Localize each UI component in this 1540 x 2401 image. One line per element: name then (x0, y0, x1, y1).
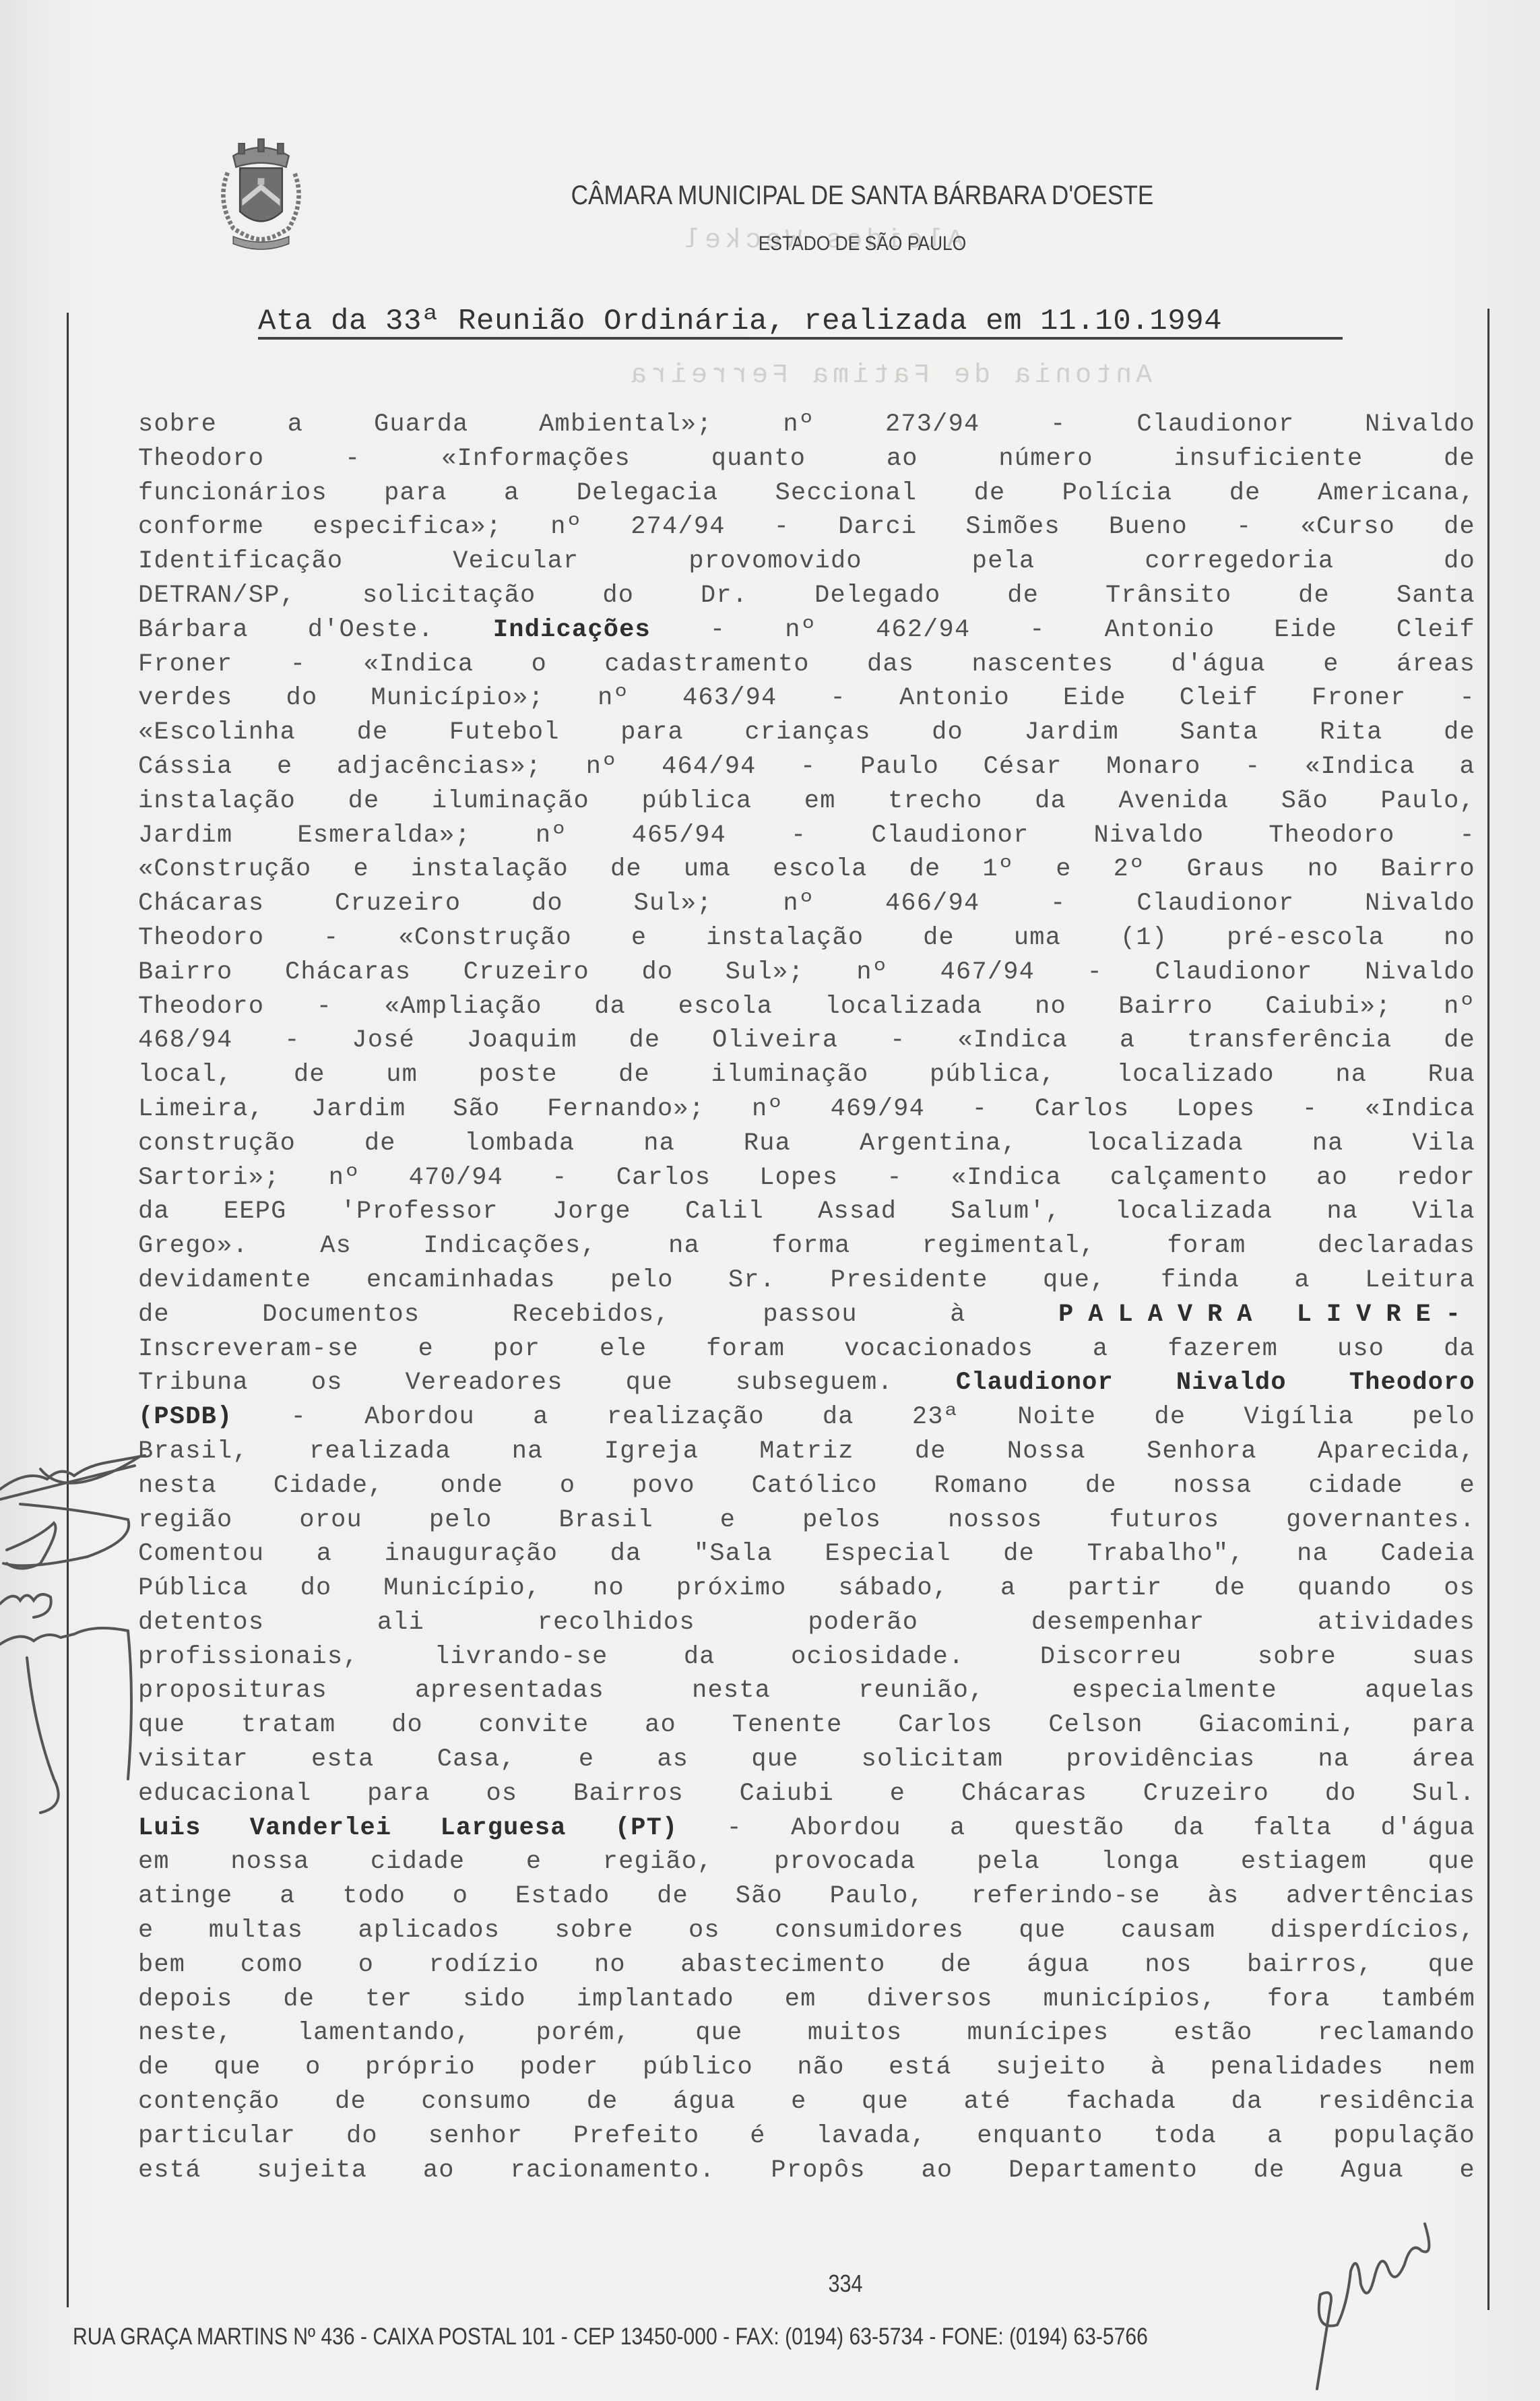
word: Carlos (1035, 1092, 1129, 1127)
word: Joaquim (467, 1024, 577, 1058)
text-line: deDocumentosRecebidos,passouàPALAVRA LIV… (138, 1298, 1475, 1332)
word: povo (632, 1469, 695, 1503)
word: água (673, 2085, 736, 2119)
word: Lopes (759, 1161, 838, 1195)
word: «Escolinha (138, 716, 296, 750)
word: São (736, 1879, 783, 1914)
word: Chácaras (138, 887, 264, 921)
text-line: Inscreveram-seeporeleforamvocacionadosaf… (138, 1332, 1475, 1367)
word: Brasil (558, 1503, 653, 1538)
bold-word: Theodoro (1349, 1366, 1475, 1400)
word: rodízio (429, 1948, 540, 1983)
word: munícipes (967, 2016, 1110, 2051)
word: e (1460, 1469, 1475, 1503)
word: de (138, 2051, 170, 2085)
word: pelo (429, 1503, 492, 1538)
word: EEPG (224, 1195, 287, 1229)
word: nº (536, 819, 567, 853)
word: pública (641, 784, 752, 819)
word: nº (752, 1092, 783, 1127)
word: Guarda (374, 408, 468, 442)
word: Prefeito (573, 2119, 699, 2154)
word: 464/94 (662, 750, 756, 784)
word: Sul»; (634, 887, 713, 921)
word: ali (377, 1606, 424, 1640)
word: Seccional (775, 476, 918, 511)
word: questão (1015, 1811, 1125, 1846)
text-line: detentosalirecolhidospoderãodesempenhara… (138, 1606, 1475, 1640)
text-line: sobreaGuardaAmbiental»;nº273/94-Claudion… (138, 408, 1475, 442)
word: no (593, 1571, 624, 1606)
word: As (320, 1229, 352, 1264)
word: Abordou (791, 1811, 901, 1846)
word: de (915, 1435, 947, 1469)
footer-address: RUA GRAÇA MARTINS Nº 436 - CAIXA POSTAL … (73, 2324, 1307, 2350)
word: e (631, 921, 647, 956)
word: sobre (138, 408, 217, 442)
word: escola (678, 990, 773, 1024)
word: especifica»; (313, 510, 502, 544)
word: Rua (1428, 1058, 1475, 1092)
word: Caiubi»; (1265, 990, 1391, 1024)
word: «Indica (957, 1024, 1068, 1058)
word: "Sala (694, 1537, 773, 1571)
word: de (1003, 1537, 1035, 1571)
word: das (867, 648, 914, 682)
word: - (791, 819, 806, 853)
word: verdes (138, 681, 232, 716)
word: reclamando (1318, 2016, 1475, 2051)
word: uma (1014, 921, 1061, 956)
word: nº (785, 613, 816, 648)
word: instalação (411, 852, 569, 887)
word: está (138, 2154, 201, 2188)
word: a (317, 1537, 332, 1571)
word: calçamento (1110, 1161, 1268, 1195)
word: de (629, 1024, 660, 1058)
word: do (641, 956, 673, 990)
word: 2º (1114, 852, 1145, 887)
word: de (357, 716, 389, 750)
word: Cruzeiro (335, 887, 461, 921)
text-line: DETRAN/SP,solicitaçãodoDr.DelegadodeTrân… (138, 579, 1475, 613)
word: ociosidade. (791, 1640, 964, 1675)
word: a (1459, 750, 1475, 784)
word: nem (1428, 2051, 1475, 2085)
word: em (785, 1983, 816, 2017)
word: os (688, 1914, 720, 1948)
coat-of-arms-icon (205, 128, 317, 256)
bold-word: Nivaldo (1176, 1366, 1287, 1400)
word: próximo (676, 1571, 787, 1606)
word: esta (311, 1743, 375, 1777)
text-line: JardimEsmeralda»;nº465/94-ClaudionorNiva… (138, 819, 1475, 853)
text-line: visitarestaCasa,easquesolicitamprovidênc… (138, 1743, 1475, 1777)
word: 1º (982, 852, 1014, 887)
word: Trânsito (1105, 579, 1231, 613)
word: Município, (383, 1571, 541, 1606)
word: - (323, 921, 339, 956)
word: Bueno (1109, 510, 1188, 544)
word: em (138, 1845, 170, 1879)
word: ao (423, 2154, 455, 2188)
word: a (533, 1400, 548, 1435)
word: Sul. (1412, 1777, 1475, 1811)
word: Jardim (1024, 716, 1118, 750)
word: Avenida (1118, 784, 1229, 819)
word: da (594, 990, 626, 1024)
word: Agua (1341, 2154, 1404, 2188)
word: e (418, 1332, 434, 1367)
word: do (532, 887, 563, 921)
word: «Indica (1365, 1092, 1475, 1127)
word: a (1093, 1332, 1108, 1367)
word: Assad (818, 1195, 897, 1229)
word: «Curso (1301, 510, 1395, 544)
word: Calil (685, 1195, 764, 1229)
word: pelos (802, 1503, 881, 1538)
word: de (974, 476, 1006, 511)
word: 273/94 (885, 408, 980, 442)
word: Claudionor (1136, 887, 1294, 921)
word: sábado, (838, 1571, 949, 1606)
page-number: 334 (817, 2270, 874, 2298)
word: Froner (138, 648, 232, 682)
word: os (486, 1777, 518, 1811)
word: na (1312, 1127, 1344, 1161)
word: os (311, 1366, 343, 1400)
word: Cleif (1397, 613, 1475, 648)
text-line: Brasil,realizadanaIgrejaMatrizdeNossaSen… (138, 1435, 1475, 1469)
word: partir (1068, 1571, 1162, 1606)
word: fachada (1066, 2085, 1176, 2119)
word: de (1254, 2154, 1285, 2188)
text-line: contençãodeconsumodeáguaequeatéfachadada… (138, 2085, 1475, 2119)
word: finda (1161, 1264, 1240, 1298)
word: o (560, 1469, 575, 1503)
word: que (138, 1708, 185, 1743)
word: educacional (138, 1777, 311, 1811)
text-line: local,deumpostedeiluminaçãopública,local… (138, 1058, 1475, 1092)
word: 468/94 (138, 1024, 232, 1058)
word: para (367, 1777, 430, 1811)
word: Identificação (138, 544, 343, 579)
word: aplicados (358, 1914, 501, 1948)
word: Simões (965, 510, 1060, 544)
word: recolhidos (538, 1606, 695, 1640)
word: de (1298, 579, 1330, 613)
word: profissionais, (138, 1640, 359, 1675)
word: - (972, 1092, 988, 1127)
text-line: bemcomoorodízionoabastecimentodeáguanosb… (138, 1948, 1475, 1983)
word: na (1318, 1743, 1349, 1777)
word: inauguração (385, 1537, 558, 1571)
right-margin-rule (1487, 309, 1489, 2310)
word: Jardim (138, 819, 232, 853)
text-line: TribunaosVereadoresquesubseguem.Claudion… (138, 1366, 1475, 1400)
word: Paulo (860, 750, 939, 784)
word: que (1428, 1948, 1475, 1983)
word: foram (706, 1332, 785, 1367)
word: cidade (371, 1845, 465, 1879)
word: e (353, 852, 368, 887)
section-heading: PALAVRA LIVRE- (1058, 1298, 1475, 1332)
word: Tribuna (138, 1366, 249, 1400)
word: instalação (138, 784, 296, 819)
word: providências (1066, 1743, 1255, 1777)
word: nº (783, 887, 814, 921)
word: que, (1043, 1264, 1106, 1298)
word: suas (1412, 1640, 1475, 1675)
word: penalidades (1211, 2051, 1384, 2085)
word: Giacomini, (1199, 1708, 1357, 1743)
text-line: conformeespecifica»;nº274/94-DarciSimões… (138, 510, 1475, 544)
word: e (890, 1777, 905, 1811)
word: Noite (1017, 1400, 1096, 1435)
text-line: (PSDB)-Abordouarealizaçãoda23ªNoitedeVig… (138, 1400, 1475, 1435)
text-line: Theodoro-«Informaçõesquantoaonúmeroinsuf… (138, 442, 1475, 476)
word: de (294, 1058, 325, 1092)
word: por (493, 1332, 540, 1367)
word: sujeito (996, 2051, 1106, 2085)
word: Nossa (1007, 1435, 1086, 1469)
word: aquelas (1365, 1674, 1475, 1708)
word: nascentes (972, 648, 1114, 682)
word: nº (856, 956, 888, 990)
word: o (532, 648, 547, 682)
title-underline (258, 337, 1343, 340)
word: São (453, 1092, 500, 1127)
word: de (1444, 716, 1475, 750)
word: - (291, 1400, 307, 1435)
word: construção (138, 1127, 296, 1161)
word: Discorreu (1040, 1640, 1182, 1675)
word: pelo (610, 1264, 674, 1298)
word: público (643, 2051, 753, 2085)
word: - (1245, 750, 1260, 784)
text-line: funcionáriosparaaDelegaciaSeccionaldePol… (138, 476, 1475, 511)
word: de (610, 852, 642, 887)
bold-word: Claudionor (956, 1366, 1114, 1400)
word: senhor (428, 2119, 523, 2154)
word: nº (1444, 990, 1475, 1024)
word: Nivaldo (1093, 819, 1204, 853)
word: Delegado (814, 579, 940, 613)
bold-word: Luis (138, 1811, 201, 1846)
text-line: Comentouainauguraçãoda"SalaEspecialdeTra… (138, 1537, 1475, 1571)
word: pré-escola (1227, 921, 1384, 956)
word: lombada (465, 1127, 575, 1161)
word: a (288, 408, 303, 442)
word: localizada (1115, 1195, 1273, 1229)
word: 467/94 (940, 956, 1035, 990)
text-line: emultasaplicadossobreosconsumidoresqueca… (138, 1914, 1475, 1948)
word: São (1281, 784, 1328, 819)
word: nº (329, 1161, 360, 1195)
word: fora (1267, 1983, 1330, 2017)
word: Bairro (1380, 852, 1475, 887)
word: para (384, 476, 447, 511)
word: José (352, 1024, 415, 1058)
word: detentos (138, 1606, 264, 1640)
word: causam (1121, 1914, 1215, 1948)
word: realizada (309, 1435, 451, 1469)
word: fazerem (1167, 1332, 1278, 1367)
word: localizada (825, 990, 983, 1024)
word: governantes. (1286, 1503, 1475, 1538)
word: está (889, 2051, 952, 2085)
word: «Indica (363, 648, 474, 682)
word: à (1151, 2051, 1166, 2085)
word: Documentos (262, 1298, 420, 1332)
word: porém, (536, 2016, 631, 2051)
word: «Indica (1305, 750, 1415, 784)
word: Paulo, (830, 1879, 924, 1914)
word: Chácaras (961, 1777, 1087, 1811)
word: do (346, 2119, 378, 2154)
word: nossa (1173, 1469, 1252, 1503)
word: e (791, 2085, 806, 2119)
text-line: daEEPG'ProfessorJorgeCalilAssadSalum',lo… (138, 1195, 1475, 1229)
bold-word: Larguesa (440, 1811, 566, 1846)
word: Salum', (951, 1195, 1061, 1229)
text-line: Theodoro-«Construçãoeinstalaçãodeuma(1)p… (138, 921, 1475, 956)
word: quanto (711, 442, 806, 476)
word: nossos (948, 1503, 1042, 1538)
word: municípios, (1044, 1983, 1217, 2017)
word: - (831, 681, 846, 716)
word: da (1444, 1332, 1475, 1367)
word: pelo (1412, 1400, 1475, 1435)
word: Recebidos, (513, 1298, 670, 1332)
word: regimental, (922, 1229, 1095, 1264)
word: Darci (838, 510, 917, 544)
text-line: verdesdoMunicípio»;nº463/94-AntonioEideC… (138, 681, 1475, 716)
word: vocacionados (844, 1332, 1033, 1367)
word: de (348, 784, 380, 819)
word: nossa (230, 1845, 309, 1879)
word: subseguem. (736, 1366, 893, 1400)
word: onde (440, 1469, 503, 1503)
word: também (1381, 1983, 1475, 2017)
word: Município»; (371, 681, 544, 716)
word: Ambiental»; (539, 408, 712, 442)
word: - (290, 648, 306, 682)
word: Bairro (1118, 990, 1213, 1024)
word: nº (598, 681, 629, 716)
word: e (526, 1845, 542, 1879)
word: que (214, 2051, 261, 2085)
word: na (512, 1435, 544, 1469)
document-title: Ata da 33ª Reunião Ordinária, realizada … (258, 305, 1343, 338)
word: crianças (744, 716, 870, 750)
word: na (1335, 1058, 1367, 1092)
word: convite (479, 1708, 589, 1743)
word: Propôs (771, 2154, 865, 2188)
word: que (751, 1743, 798, 1777)
word: multas (209, 1914, 303, 1948)
word: de (587, 2085, 618, 2119)
word: nesta (138, 1469, 217, 1503)
word: orou (299, 1503, 362, 1538)
word: Theodoro (138, 921, 264, 956)
word: no (1444, 921, 1475, 956)
text-line: Cássiaeadjacências»;nº464/94-PauloCésarM… (138, 750, 1475, 784)
word: região, (603, 1845, 713, 1879)
word: solicitação (362, 579, 536, 613)
word: bem (138, 1948, 185, 1983)
word: Nivaldo (1365, 956, 1475, 990)
word: lavada, (816, 2119, 927, 2154)
word: devidamente (138, 1264, 311, 1298)
word: Futebol (449, 716, 560, 750)
word: Graus (1187, 852, 1266, 887)
word: forma (771, 1229, 850, 1264)
word: toda (1153, 2119, 1217, 2154)
word: água (1027, 1948, 1090, 1983)
word: atinge (138, 1879, 232, 1914)
word: Eide (1274, 613, 1337, 648)
word: Rua (744, 1127, 791, 1161)
word: foram (1167, 1229, 1246, 1264)
word: a (280, 1879, 295, 1914)
text-line: instalaçãodeiluminaçãopúblicaemtrechodaA… (138, 784, 1475, 819)
word: Vila (1412, 1127, 1475, 1161)
text-line: propositurasapresentadasnestareunião,esp… (138, 1674, 1475, 1708)
word: Claudionor (1155, 956, 1313, 990)
word: à (950, 1298, 965, 1332)
word: 465/94 (632, 819, 726, 853)
word: Sul»; (726, 956, 804, 990)
word: Dr. (701, 579, 748, 613)
word: Rita (1320, 716, 1383, 750)
word: diversos (866, 1983, 992, 2017)
word: advertências (1286, 1879, 1475, 1914)
word: até (964, 2085, 1011, 2119)
word: o (358, 1948, 374, 1983)
word: Casa, (437, 1743, 516, 1777)
text-line: Limeira,JardimSãoFernando»;nº469/94-Carl… (138, 1092, 1475, 1127)
word: encaminhadas (366, 1264, 556, 1298)
text-line: construçãodelombadanaRuaArgentina,locali… (138, 1127, 1475, 1161)
word: Católico (752, 1469, 878, 1503)
word: localizado (1117, 1058, 1275, 1092)
word: desempenhar (1031, 1606, 1205, 1640)
word: da (138, 1195, 170, 1229)
text-line: Froner-«Indicaocadastramentodasnascentes… (138, 648, 1475, 682)
word: Departamento (1008, 2154, 1198, 2188)
word: Aparecida, (1318, 1435, 1475, 1469)
word: número (998, 442, 1093, 476)
word: do (286, 681, 318, 716)
word: Polícia (1062, 476, 1173, 511)
bleed-through-text: Antonia de Fatima Ferreira (627, 361, 1152, 391)
text-line: nestaCidade,ondeopovoCatólicoRomanodenos… (138, 1469, 1475, 1503)
word: especialmente (1072, 1674, 1277, 1708)
word: a (950, 1811, 965, 1846)
word: em (804, 784, 836, 819)
word: visitar (138, 1743, 249, 1777)
text-line: educacionalparaosBairrosCaiubieChácarasC… (138, 1777, 1475, 1811)
organization-name: CÂMARA MUNICIPAL DE SANTA BÁRBARA D'OEST… (519, 181, 1207, 211)
word: população (1333, 2119, 1475, 2154)
word: proposituras (138, 1674, 327, 1708)
text-line: ChácarasCruzeirodoSul»;nº466/94-Claudion… (138, 887, 1475, 921)
word: de (1007, 579, 1039, 613)
text-line: regiãooroupeloBrasilepelosnossosfuturosg… (138, 1503, 1475, 1538)
word: é (750, 2119, 765, 2154)
word: Vila (1412, 1195, 1475, 1229)
